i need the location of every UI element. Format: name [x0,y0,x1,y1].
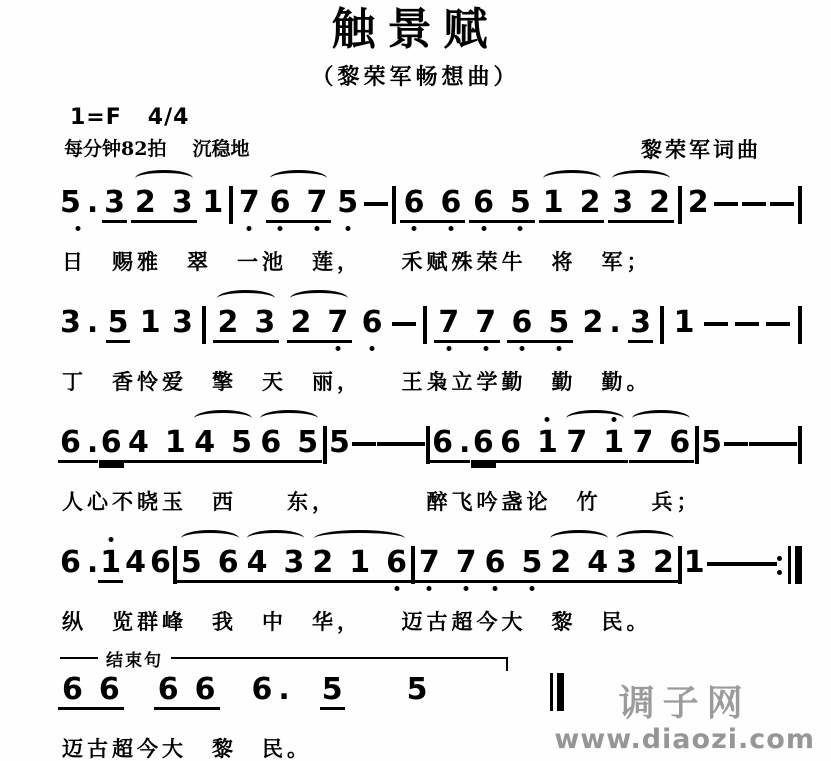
note-digit: 5 [546,306,571,340]
note: 2 [647,186,672,220]
low-octave-dot [394,586,399,591]
beam: 32 [608,186,674,223]
note-digit: 6 [402,186,427,220]
note: 6 [258,426,283,460]
note-digit: 3 [281,546,306,580]
note: 4 [585,546,610,580]
sustain-dash [364,202,388,206]
note-digit: 3 [610,186,635,220]
note: 6 [438,186,463,220]
note-digit: 6 [509,306,534,340]
note: 6 [99,426,124,463]
watermark-site-name: 调子网 [554,684,815,724]
beamed-note-group: 23 [213,306,279,343]
watermark: 调子网 www.diaozi.com [554,684,815,755]
note: 7 [305,186,330,220]
note: 6 [148,546,173,580]
low-octave-dot [314,226,319,231]
note-digit: 6 [360,306,385,340]
note-digit: 3 [170,186,195,220]
barline [678,186,682,224]
note-digit: 2 [310,546,335,580]
note-digit: 7 [417,546,442,580]
note-digit: 7 [436,306,461,340]
notation-line-4: 6.1465643216776524321 [56,526,804,598]
slur-arc [550,530,608,543]
note-digit: 6 [667,426,692,460]
note: 5. [58,186,98,220]
note-digit: 4 [126,426,151,460]
note-digit: 5 [58,186,83,220]
beam: 77 [434,306,500,343]
notation-line-3: 6.641456556.66171765 [56,406,804,478]
note: 1 [601,426,626,460]
sustain-dash [749,442,773,446]
score: 5.32317675666512322日 赐雅 翠 一池 莲， 禾赋殊荣牛 将 … [56,166,804,761]
beamed-note-group: 66 [58,673,124,710]
info-row: 每分钟82拍沉稳地 黎荣军词曲 [64,134,761,164]
low-octave-dot [76,226,81,231]
beam: 32 [612,546,678,583]
note-digit: 5 [519,546,544,580]
sustain-dash [704,322,728,326]
beam: 67 [266,186,332,223]
note-digit: 4 [192,426,217,460]
note: 2 [289,306,314,340]
note-digit: 6 [58,426,83,460]
note-digit: 2 [289,306,314,340]
note: 3 [170,186,195,220]
beam: 23 [131,186,197,223]
note: 2 [651,546,676,580]
note-digit: 1 [541,186,566,220]
note: 5 [508,186,533,220]
beamed-note-group: 71 [562,426,628,463]
note-digit: 6 [483,546,508,580]
beam: 23 [213,306,279,343]
note: 5 [699,426,724,460]
note-digit: 2 [686,186,711,220]
barline [798,426,802,464]
note: 3 [614,546,639,580]
note: 3. [58,306,98,340]
note-digit: 2 [578,186,603,220]
beam: 66 [400,186,466,223]
note: 6 [216,546,241,580]
slur-arc [543,170,601,183]
note: 7 [325,306,350,340]
note: 5 [405,673,430,707]
beamed-note-group: 32 [608,186,674,223]
low-octave-dot [345,226,350,231]
beamed-note-group: 67 [266,186,332,223]
note: 6 [471,186,496,220]
repeat-dots [777,556,782,575]
note-digit: 7 [631,426,656,460]
slur-arc [260,410,318,423]
note: 2 [686,186,711,220]
note-digit: 1 [163,426,188,460]
beamed-note-group: 43 [243,546,309,583]
note: 6 [509,306,534,340]
barline [798,186,802,224]
augmentation-dot: . [609,306,620,340]
note-digit: 6 [156,673,181,707]
sustain-dash [392,322,416,326]
note-digit: 7 [305,186,330,220]
note-digit: 6 [268,186,293,220]
note-digit: 3 [170,306,195,340]
beam: 12 [539,186,605,223]
slur-arc [247,530,305,543]
note: 7 [473,306,498,340]
note: 2 [310,546,335,580]
barline [695,426,699,464]
note: 7 [631,426,656,460]
bracket-line [171,657,506,659]
tempo-expression: 每分钟82拍沉稳地 [64,134,249,164]
note: 1 [200,186,225,220]
note-digit: 7 [325,306,350,340]
barline [392,186,396,224]
note-digit: 2 [647,186,672,220]
note: 5 [106,306,131,343]
lyrics-line-4: 纵 览群峰 我 中 华， 迈古超今大 黎 民。 [62,606,804,636]
slur-arc [270,170,328,183]
note: 2 [548,546,573,580]
beam: 65 [481,546,547,583]
note: 1 [138,306,163,340]
barline [229,186,233,224]
note: 1 [672,306,697,340]
beam: 27 [287,306,353,343]
lyrics-line-3: 人心不晓玉 西 东， 醉飞吟盏论 竹 兵； [62,486,804,516]
beam: 45 [190,426,256,463]
slur-arc [194,410,252,423]
note: 7 [237,186,262,220]
note: 7 [454,546,479,580]
beam: 66 [154,673,220,710]
beam: 65 [469,186,535,223]
note: 4 [126,426,151,460]
note: 7 [564,426,589,460]
sustain-dash [754,562,777,566]
low-octave-dot [493,586,498,591]
tempo-marking: 每分钟82拍 [64,138,166,160]
note-digit: 5 [229,426,254,460]
note: 5 [546,306,571,340]
beam: 77 [415,546,481,583]
slur-arc [314,530,404,543]
note-digit: 3 [58,306,83,340]
high-octave-dot [108,537,113,542]
sustain-dash [377,442,401,446]
barline [426,426,430,464]
bracket-line [60,657,98,659]
beam: 65 [507,306,573,343]
slur-arc [612,170,670,183]
note: 6 [498,426,523,460]
note: 1 [98,546,123,583]
low-octave-dot [483,346,488,351]
key-signature-row: 1=F4/4 [70,105,831,130]
note: 6 [60,673,85,707]
note-digit: 1 [138,306,163,340]
note: 6. [250,673,290,707]
beam: 76 [629,426,695,463]
repeat-end-barline [777,546,802,584]
beamed-note-group: 216 [308,546,411,583]
beam: 65 [256,426,322,463]
beam: 61 [496,426,562,463]
beamed-note-group: 27 [287,306,353,343]
low-octave-dot [335,346,340,351]
note: 1 [541,186,566,220]
slur-arc [217,290,275,303]
note: 6 [402,186,427,220]
note: 5 [229,426,254,460]
watermark-site-url: www.diaozi.com [554,724,815,755]
note-digit: 6 [471,186,496,220]
note: 6 [97,673,122,707]
note: 6 [268,186,293,220]
note-digit: 5 [508,186,533,220]
key-signature: 1=F [70,105,122,130]
beamed-note-group: 65 [256,426,322,463]
barline [323,426,327,464]
note-digit: 2 [215,306,240,340]
sustain-dash [770,202,794,206]
note-digit: 6 [58,546,83,580]
barline [798,306,802,344]
beam: 41 [124,426,190,463]
note-digit: 1 [601,426,626,460]
note-digit: 3 [628,306,653,340]
note: 4 [192,426,217,460]
beamed-note-group: 23 [131,186,197,223]
note-digit: 2 [581,306,606,340]
note: 3 [628,306,653,343]
note: 6 [360,306,385,340]
note: 1 [347,546,372,580]
note: 2 [133,186,158,220]
note-digit: 3 [614,546,639,580]
note-digit: 6 [258,426,283,460]
note-digit: 1 [535,426,560,460]
note: 6 [193,673,218,707]
note-digit: 6 [148,546,173,580]
sustain-dash [714,202,738,206]
beamed-note-group: 45 [190,426,256,463]
note-digit: 7 [237,186,262,220]
note: 3 [170,306,195,340]
note-digit: 3 [252,306,277,340]
lyrics-line-2: 丁 香怜爱 擎 天 丽， 王枭立学勤 勤 勤。 [62,366,804,396]
note: 6. [430,426,470,463]
note-digit: 4 [123,546,148,580]
note-digit: 1 [200,186,225,220]
sustain-dash [742,202,766,206]
note-digit: 6 [471,426,496,460]
slur-arc [181,530,239,543]
low-octave-dot [446,346,451,351]
low-octave-dot [464,586,469,591]
sheet-music-page: { "header": { "title": "触景赋", "subtitle"… [0,0,831,761]
note-digit: 5 [320,673,345,707]
beamed-note-group: 66 [154,673,220,710]
slur-arc [290,290,348,303]
composer-credit: 黎荣军词曲 [641,134,761,164]
beamed-note-group: 65 [507,306,573,343]
sustain-dash [352,442,376,446]
beamed-note-group: 77 [415,546,481,583]
note: 1 [535,426,560,460]
beamed-note-group: 24 [546,546,612,583]
note-digit: 6 [60,673,85,707]
note: 6 [667,426,692,460]
augmentation-dot: . [87,426,98,460]
sustain-dash [773,442,797,446]
note: 2 [578,186,603,220]
beamed-note-group: 61 [496,426,562,463]
low-octave-dot [556,346,561,351]
note: 7 [417,546,442,580]
note: 5 [327,426,352,460]
sustain-dash [730,562,753,566]
beamed-note-group: 12 [539,186,605,223]
note: 5 [519,546,544,580]
beam: 66 [58,673,124,710]
note-digit: 4 [585,546,610,580]
low-octave-dot [518,226,523,231]
note-digit: 5 [106,306,131,340]
beamed-note-group: 65 [481,546,547,583]
song-title: 触景赋 [0,6,831,54]
notation-line-2: 3.5132327677652.31 [56,286,804,358]
beamed-note-group: 41 [124,426,190,463]
note: 1 [163,426,188,460]
note-digit: 7 [454,546,479,580]
sustain-dash [735,322,759,326]
low-octave-dot [481,226,486,231]
note: 6 [483,546,508,580]
slur-arc [616,530,674,543]
sustain-dash [766,322,790,326]
note-digit: 6 [216,546,241,580]
note-digit: 6 [99,426,124,460]
note-digit: 5 [327,426,352,460]
note-digit: 7 [564,426,589,460]
note: 3 [281,546,306,580]
note: 6 [384,546,409,580]
low-octave-dot [278,226,283,231]
note-digit: 2 [548,546,573,580]
note: 6 [156,673,181,707]
note-digit: 2 [651,546,676,580]
beamed-note-group: 76 [629,426,695,463]
note-digit: 7 [473,306,498,340]
low-octave-dot [427,586,432,591]
note: 2. [581,306,621,340]
note-digit: 6 [498,426,523,460]
beamed-note-group: 65 [469,186,535,223]
note-digit: 4 [245,546,270,580]
note-digit: 1 [98,546,123,580]
sustain-dash [401,442,425,446]
bracket-tick [506,657,508,671]
barline [423,306,427,344]
note: 4 [123,546,148,580]
note-digit: 1 [672,306,697,340]
low-octave-dot [412,226,417,231]
note-digit: 5 [405,673,430,707]
note: 6. [58,426,98,463]
note: 6 [471,426,496,463]
beamed-note-group: 77 [434,306,500,343]
note-digit: 2 [133,186,158,220]
note: 3 [252,306,277,340]
note: 5 [295,426,320,460]
song-subtitle: （黎荣军畅想曲） [0,60,831,91]
note-digit: 3 [102,186,127,220]
augmentation-dot: . [459,426,470,460]
beamed-note-group: 56 [177,546,243,583]
sustain-dash [707,562,730,566]
low-octave-dot [247,226,252,231]
low-octave-dot [529,586,534,591]
beam: 216 [308,546,411,583]
augmentation-dot: . [87,186,98,220]
lyrics-line-1: 日 赐雅 翠 一池 莲， 禾赋殊荣牛 将 军； [62,246,804,276]
note-digit: 5 [335,186,360,220]
note-digit: 1 [347,546,372,580]
note: 6. [58,546,98,580]
slur-arc [135,170,193,183]
sustain-dash [724,442,748,446]
note: 3 [610,186,635,220]
slur-arc [632,410,690,423]
time-signature: 4/4 [148,105,190,130]
note: 4 [245,546,270,580]
note: 1 [682,546,707,580]
beamed-note-group: 66 [400,186,466,223]
note: 3 [102,186,127,223]
note-digit: 6 [193,673,218,707]
barline [202,306,206,344]
high-octave-dot [545,417,550,422]
note-digit: 6 [384,546,409,580]
low-octave-dot [448,226,453,231]
augmentation-dot: . [278,673,289,707]
note-digit: 5 [179,546,204,580]
beam: 56 [177,546,243,583]
beamed-note-group: 32 [612,546,678,583]
ending-phrase-label: 结束句 [98,646,171,671]
note-digit: 5 [699,426,724,460]
note: 5 [320,673,345,710]
note: 5 [335,186,360,220]
note: 7 [436,306,461,340]
augmentation-dot: . [87,306,98,340]
beam: 24 [546,546,612,583]
note-digit: 1 [682,546,707,580]
note-digit: 6 [97,673,122,707]
note-digit: 6 [250,673,275,707]
note-digit: 6 [438,186,463,220]
high-octave-dot [611,417,616,422]
note-digit: 6 [430,426,455,460]
low-octave-dot [370,346,375,351]
